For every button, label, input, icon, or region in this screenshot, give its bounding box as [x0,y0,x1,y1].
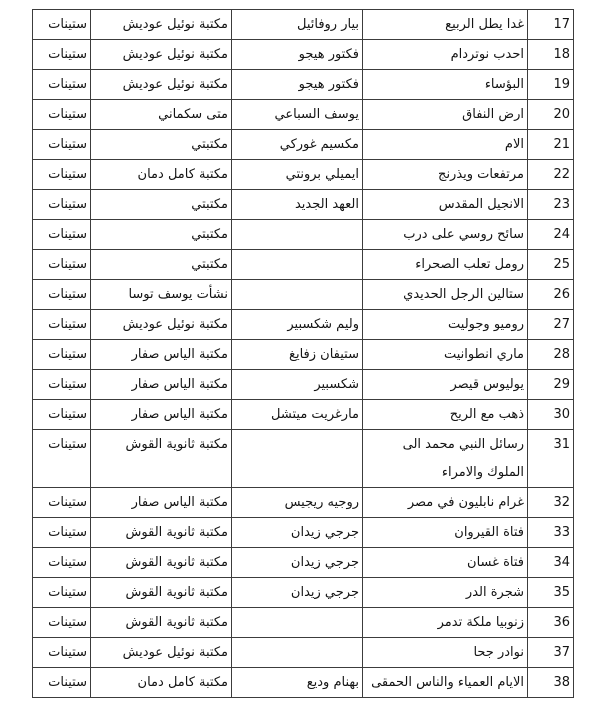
table-row: 24 سائح روسي على درب مكتبتي ستينات [33,220,574,250]
cell-author [232,220,363,250]
table-row: 20 ارض النفاق يوسف السباعي متى سكماني ست… [33,100,574,130]
cell-period: ستينات [33,220,91,250]
cell-book-title: فتاة غسان [363,548,528,578]
cell-author [232,280,363,310]
cell-author: روجيه ريجيس [232,488,363,518]
cell-row-number: 27 [528,310,574,340]
cell-book-title: الانجيل المقدس [363,190,528,220]
cell-book-title: رسائل النبي محمد الى الملوك والامراء [363,430,528,488]
cell-period: ستينات [33,40,91,70]
cell-book-title: نوادر جحا [363,638,528,668]
cell-period: ستينات [33,190,91,220]
cell-library: مكتبتي [91,220,232,250]
table-row: 34 فتاة غسان جرجي زيدان مكتبة ثانوية الق… [33,548,574,578]
cell-period: ستينات [33,668,91,698]
cell-library: مكتبة ثانوية القوش [91,548,232,578]
table-row: 18 احدب نوتردام فكتور هيجو مكتبة نوئيل ع… [33,40,574,70]
cell-library: مكتبة ثانوية القوش [91,430,232,488]
cell-row-number: 24 [528,220,574,250]
cell-period: ستينات [33,400,91,430]
books-table: 17 غدا يطل الربيع بيار روفائيل مكتبة نوئ… [32,9,574,698]
cell-book-title: غرام نابليون في مصر [363,488,528,518]
cell-author: ايميلي برونتي [232,160,363,190]
cell-period: ستينات [33,370,91,400]
cell-book-title: رومل تعلب الصحراء [363,250,528,280]
cell-row-number: 30 [528,400,574,430]
cell-library: مكتبتي [91,250,232,280]
cell-author: العهد الجديد [232,190,363,220]
table-row: 35 شجرة الدر جرجي زيدان مكتبة ثانوية الق… [33,578,574,608]
table-row: 32 غرام نابليون في مصر روجيه ريجيس مكتبة… [33,488,574,518]
cell-period: ستينات [33,10,91,40]
cell-author: فكتور هيجو [232,70,363,100]
table-row: 28 ماري انطوانيت ستيفان زفايغ مكتبة اليا… [33,340,574,370]
table-row: 36 زنوبيا ملكة تدمر مكتبة ثانوية القوش س… [33,608,574,638]
cell-library: مكتبة نوئيل عوديش [91,638,232,668]
cell-book-title: روميو وجوليت [363,310,528,340]
table-row: 30 ذهب مع الريح مارغريت ميتشل مكتبة اليا… [33,400,574,430]
cell-period: ستينات [33,548,91,578]
cell-author [232,608,363,638]
cell-row-number: 37 [528,638,574,668]
cell-author [232,250,363,280]
cell-library: متى سكماني [91,100,232,130]
cell-author [232,638,363,668]
table-row: 21 الام مكسيم غوركي مكتبتي ستينات [33,130,574,160]
cell-row-number: 19 [528,70,574,100]
cell-author: جرجي زيدان [232,548,363,578]
cell-row-number: 20 [528,100,574,130]
cell-library: مكتبة ثانوية القوش [91,518,232,548]
cell-author [232,430,363,488]
cell-row-number: 34 [528,548,574,578]
cell-row-number: 21 [528,130,574,160]
cell-period: ستينات [33,250,91,280]
table-row: 22 مرتفعات ويذرنج ايميلي برونتي مكتبة كا… [33,160,574,190]
cell-library: مكتبة الياس صفار [91,340,232,370]
cell-author: جرجي زيدان [232,518,363,548]
cell-author: وليم شكسبير [232,310,363,340]
cell-library: مكتبة كامل دمان [91,160,232,190]
cell-row-number: 25 [528,250,574,280]
cell-book-title: الايام العمياء والناس الحمقى [363,668,528,698]
cell-row-number: 26 [528,280,574,310]
cell-period: ستينات [33,430,91,488]
cell-book-title: البؤساء [363,70,528,100]
cell-book-title: مرتفعات ويذرنج [363,160,528,190]
cell-library: مكتبة نوئيل عوديش [91,40,232,70]
cell-row-number: 18 [528,40,574,70]
cell-library: مكتبة ثانوية القوش [91,578,232,608]
cell-book-title: شجرة الدر [363,578,528,608]
cell-book-title: سائح روسي على درب [363,220,528,250]
cell-library: نشأت يوسف توسا [91,280,232,310]
table-row: 31 رسائل النبي محمد الى الملوك والامراء … [33,430,574,488]
cell-author: مارغريت ميتشل [232,400,363,430]
cell-author: بيار روفائيل [232,10,363,40]
cell-row-number: 23 [528,190,574,220]
cell-book-title: ارض النفاق [363,100,528,130]
table-row: 19 البؤساء فكتور هيجو مكتبة نوئيل عوديش … [33,70,574,100]
cell-book-title: ستالين الرجل الحديدي [363,280,528,310]
cell-library: مكتبة الياس صفار [91,400,232,430]
cell-row-number: 36 [528,608,574,638]
cell-author: مكسيم غوركي [232,130,363,160]
cell-book-title: الام [363,130,528,160]
table-row: 27 روميو وجوليت وليم شكسبير مكتبة نوئيل … [33,310,574,340]
cell-row-number: 35 [528,578,574,608]
cell-period: ستينات [33,160,91,190]
cell-period: ستينات [33,130,91,160]
cell-author: فكتور هيجو [232,40,363,70]
cell-book-title: احدب نوتردام [363,40,528,70]
cell-row-number: 31 [528,430,574,488]
cell-period: ستينات [33,638,91,668]
cell-period: ستينات [33,488,91,518]
cell-row-number: 17 [528,10,574,40]
cell-book-title: يوليوس قيصر [363,370,528,400]
cell-period: ستينات [33,100,91,130]
document-page: 17 غدا يطل الربيع بيار روفائيل مكتبة نوئ… [0,0,600,724]
cell-row-number: 28 [528,340,574,370]
cell-library: مكتبتي [91,130,232,160]
cell-library: مكتبة نوئيل عوديش [91,70,232,100]
cell-row-number: 22 [528,160,574,190]
cell-library: مكتبتي [91,190,232,220]
table-row: 17 غدا يطل الربيع بيار روفائيل مكتبة نوئ… [33,10,574,40]
cell-period: ستينات [33,280,91,310]
cell-row-number: 32 [528,488,574,518]
cell-library: مكتبة الياس صفار [91,370,232,400]
cell-library: مكتبة كامل دمان [91,668,232,698]
cell-author: يوسف السباعي [232,100,363,130]
cell-row-number: 33 [528,518,574,548]
cell-row-number: 29 [528,370,574,400]
cell-book-title: ذهب مع الريح [363,400,528,430]
cell-author: بهنام وديع [232,668,363,698]
table-row: 38 الايام العمياء والناس الحمقى بهنام ود… [33,668,574,698]
cell-author: شكسبير [232,370,363,400]
cell-period: ستينات [33,578,91,608]
table-row: 25 رومل تعلب الصحراء مكتبتي ستينات [33,250,574,280]
cell-row-number: 38 [528,668,574,698]
cell-period: ستينات [33,518,91,548]
cell-period: ستينات [33,340,91,370]
cell-book-title: زنوبيا ملكة تدمر [363,608,528,638]
table-row: 33 فتاة القيروان جرجي زيدان مكتبة ثانوية… [33,518,574,548]
table-row: 23 الانجيل المقدس العهد الجديد مكتبتي ست… [33,190,574,220]
cell-library: مكتبة نوئيل عوديش [91,310,232,340]
cell-book-title: ماري انطوانيت [363,340,528,370]
cell-library: مكتبة الياس صفار [91,488,232,518]
cell-period: ستينات [33,310,91,340]
cell-book-title: فتاة القيروان [363,518,528,548]
table-row: 29 يوليوس قيصر شكسبير مكتبة الياس صفار س… [33,370,574,400]
cell-period: ستينات [33,608,91,638]
cell-author: ستيفان زفايغ [232,340,363,370]
cell-period: ستينات [33,70,91,100]
books-table-body: 17 غدا يطل الربيع بيار روفائيل مكتبة نوئ… [33,10,574,698]
cell-library: مكتبة ثانوية القوش [91,608,232,638]
table-row: 26 ستالين الرجل الحديدي نشأت يوسف توسا س… [33,280,574,310]
cell-library: مكتبة نوئيل عوديش [91,10,232,40]
cell-author: جرجي زيدان [232,578,363,608]
table-row: 37 نوادر جحا مكتبة نوئيل عوديش ستينات [33,638,574,668]
cell-book-title: غدا يطل الربيع [363,10,528,40]
